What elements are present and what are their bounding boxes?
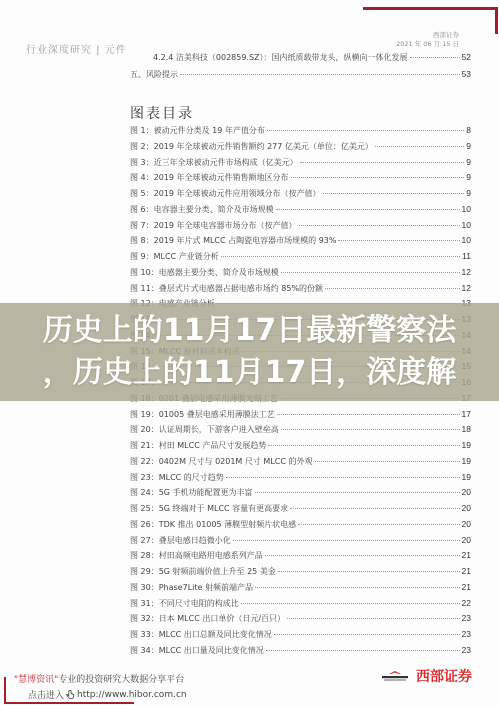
leader-dots xyxy=(268,445,459,446)
leader-dots xyxy=(241,603,460,604)
leader-dots xyxy=(291,177,465,178)
toc-entry-label: 4.2.4 洁美科技（002859.SZ）：国内纸质载带龙头，纵横向一体化发展 xyxy=(153,52,408,63)
figure-entry-page: 23 xyxy=(462,613,471,623)
figure-entry-page: 12 xyxy=(462,283,471,293)
figure-entry-page: 9 xyxy=(466,172,471,182)
footer-slogan: "慧博资讯"专业的投资研究大数据分享平台 xyxy=(14,672,184,685)
western-logo-icon xyxy=(380,670,410,682)
figure-index-entry[interactable]: 图 6：电容器主要分类、简介及市场规模10 xyxy=(130,204,471,216)
footer-brand: "慧博资讯" xyxy=(14,675,58,685)
publisher-logo: 西部证券 xyxy=(380,666,472,686)
figure-entry-label: 图 5：2019 年全球被动元件应用领域分布（按产值） xyxy=(130,188,321,199)
header-accent-bar-vertical xyxy=(495,7,498,34)
figure-index-entry[interactable]: 图 19：01005 叠层电感采用薄膜法工艺17 xyxy=(130,409,471,421)
publisher-logo-text: 西部证券 xyxy=(416,666,472,686)
figure-entry-page: 19 xyxy=(462,440,471,450)
figure-entry-label: 图 28：村田高频电路用电感系列产品 xyxy=(130,550,263,561)
leader-dots xyxy=(278,571,460,572)
figure-entry-label: 图 24：5G 手机功能配置更为丰富 xyxy=(130,487,253,498)
footer-url[interactable]: http://www.hibor.com.cn xyxy=(77,690,187,700)
leader-dots xyxy=(221,256,460,257)
figure-index-entry[interactable]: 图 8：2019 年片式 MLCC 占陶瓷电容器市场规模的 93%10 xyxy=(130,235,471,247)
figure-index-entry[interactable]: 图 31：不同尺寸电阻的构成比22 xyxy=(130,598,471,610)
figure-index-entry[interactable]: 图 23：MLCC 的尺寸趋势19 xyxy=(130,472,471,484)
leader-dots xyxy=(325,288,459,289)
figure-index-entry[interactable]: 图 1：被动元件分类及 19 年产值分布8 xyxy=(130,125,471,137)
figure-index-entry[interactable]: 图 34：MLCC 出口量及同比变化情况23 xyxy=(130,645,471,657)
leader-dots xyxy=(281,429,460,430)
leader-dots xyxy=(338,240,459,241)
figure-entry-label: 图 30：Phase7Lite 射频前端产品 xyxy=(130,582,253,593)
footer-link[interactable]: 点击进入 http://www.hibor.com.cn xyxy=(28,688,187,701)
figure-index-entry[interactable]: 图 30：Phase7Lite 射频前端产品21 xyxy=(130,582,471,594)
banner-title-line-2: ，历史上的11月17日，深度解 xyxy=(0,353,499,393)
toc-entry-page: 52 xyxy=(462,52,471,62)
figure-entry-page: 20 xyxy=(462,519,471,529)
figure-index-entry[interactable]: 图 7：2019 年全球电容器市场分布（按产值）10 xyxy=(130,220,471,232)
leader-dots xyxy=(290,508,459,509)
figure-entry-label: 图 25：5G 终端对于 MLCC 容量有更高要求 xyxy=(130,503,288,514)
figure-index-entry[interactable]: 图 28：村田高频电路用电感系列产品21 xyxy=(130,550,471,562)
leader-dots xyxy=(410,57,460,58)
leader-dots xyxy=(233,540,460,541)
leader-dots xyxy=(265,555,460,556)
figure-entry-page: 23 xyxy=(462,645,471,655)
figure-index-entry[interactable]: 图 25：5G 终端对于 MLCC 容量有更高要求20 xyxy=(130,503,471,515)
figure-entry-page: 23 xyxy=(462,629,471,639)
figure-entry-page: 19 xyxy=(462,472,471,482)
figure-entry-label: 图 22：0402M 尺寸与 0201M 尺寸 MLCC 的外观 xyxy=(130,456,313,467)
leader-dots xyxy=(266,650,460,651)
figure-entry-label: 图 3：近三年全球被动元件市场构成（亿美元） xyxy=(130,157,298,168)
leader-dots xyxy=(277,414,460,415)
figure-entry-label: 图 21：村田 MLCC 产品尺寸发展趋势 xyxy=(130,440,266,451)
figure-entry-page: 22 xyxy=(462,598,471,608)
leader-dots xyxy=(180,74,460,75)
leader-dots xyxy=(267,130,464,131)
figure-entry-page: 9 xyxy=(466,188,471,198)
footer-slogan-text: 专业的投资研究大数据分享平台 xyxy=(58,675,184,685)
figure-index-entry[interactable]: 图 24：5G 手机功能配置更为丰富20 xyxy=(130,487,471,499)
figure-entry-label: 图 9：MLCC 产业链分析 xyxy=(130,251,219,262)
figure-entry-label: 图 2：2019 年全球被动元件销售额约 277 亿美元（单位：亿美元） xyxy=(130,141,373,152)
figure-entry-page: 20 xyxy=(462,503,471,513)
figure-index-entry[interactable]: 图 22：0402M 尺寸与 0201M 尺寸 MLCC 的外观19 xyxy=(130,456,471,468)
figure-entry-page: 8 xyxy=(466,125,471,135)
figure-entry-page: 19 xyxy=(462,456,471,466)
figure-entry-label: 图 29：5G 射频前端价值上升至 25 美金 xyxy=(130,566,276,577)
figure-index-entry[interactable]: 图 2：2019 年全球被动元件销售额约 277 亿美元（单位：亿美元）9 xyxy=(130,141,471,153)
figure-entry-label: 图 1：被动元件分类及 19 年产值分布 xyxy=(130,125,265,136)
figure-entry-page: 20 xyxy=(462,535,471,545)
figure-index-entry[interactable]: 图 32：日本 MLCC 出口单价（日元/百只）23 xyxy=(130,613,471,625)
figure-entry-page: 11 xyxy=(462,251,471,261)
footer-accent-border-bottom xyxy=(4,702,134,704)
leader-dots xyxy=(298,524,459,525)
figure-index-title: 图表目录 xyxy=(130,103,194,123)
figure-index-entry[interactable]: 图 10：电感器主要分类、简介及市场规模12 xyxy=(130,267,471,279)
header-meta: 西部证券 2021 年 06 月 15 日 xyxy=(396,31,459,49)
leader-dots xyxy=(274,634,460,635)
leader-dots xyxy=(226,477,460,478)
figure-entry-label: 图 4：2019 年全球被动元件销售额地区分布 xyxy=(130,172,289,183)
leader-dots xyxy=(375,146,464,147)
figure-entry-label: 图 10：电感器主要分类、简介及市场规模 xyxy=(130,267,279,278)
leader-dots xyxy=(276,209,460,210)
figure-entry-page: 21 xyxy=(462,550,471,560)
leader-dots xyxy=(255,587,460,588)
figure-index-entry[interactable]: 图 3：近三年全球被动元件市场构成（亿美元）9 xyxy=(130,157,471,169)
figure-index-entry[interactable]: 图 9：MLCC 产业链分析11 xyxy=(130,251,471,263)
figure-entry-page: 17 xyxy=(462,409,471,419)
figure-entry-page: 12 xyxy=(462,267,471,277)
leader-dots xyxy=(315,461,460,462)
leader-dots xyxy=(255,492,460,493)
figure-entry-page: 10 xyxy=(462,220,471,230)
leader-dots xyxy=(287,618,459,619)
report-date: 2021 年 06 月 15 日 xyxy=(396,40,459,49)
figure-entry-label: 图 7：2019 年全球电容器市场分布（按产值） xyxy=(130,220,297,231)
report-category: 行业深度研究 | 元件 xyxy=(26,41,127,56)
figure-entry-label: 图 11：叠层式片式电感器占据电感市场约 85%的份额 xyxy=(130,283,323,294)
figure-entry-label: 图 20：认证周期长，下游客户进入壁垒高 xyxy=(130,424,279,435)
toc-entry-label: 五、风险提示 xyxy=(130,69,178,80)
figure-entry-label: 图 8：2019 年片式 MLCC 占陶瓷电容器市场规模的 93% xyxy=(130,235,336,246)
document-page: 行业深度研究 | 元件 西部证券 2021 年 06 月 15 日 4.2.4 … xyxy=(0,0,499,706)
leader-dots xyxy=(299,225,460,226)
hand-pointer-icon xyxy=(66,690,75,700)
figure-entry-page: 10 xyxy=(462,235,471,245)
publisher-name: 西部证券 xyxy=(396,31,459,40)
figure-entry-label: 图 23：MLCC 的尺寸趋势 xyxy=(130,472,224,483)
figure-entry-page: 21 xyxy=(462,566,471,576)
figure-entry-page: 9 xyxy=(466,141,471,151)
figure-index-entry[interactable]: 图 33：MLCC 出口总额及同比变化情况23 xyxy=(130,629,471,641)
toc-entry-page: 53 xyxy=(462,69,471,79)
leader-dots xyxy=(281,272,460,273)
figure-entry-label: 图 34：MLCC 出口量及同比变化情况 xyxy=(130,645,264,656)
footer-accent-border xyxy=(4,677,6,704)
figure-entry-label: 图 27：叠层电感日趋微小化 xyxy=(130,535,231,546)
figure-entry-label: 图 31：不同尺寸电阻的构成比 xyxy=(130,598,239,609)
figure-entry-page: 20 xyxy=(462,487,471,497)
figure-index-entry[interactable]: 图 4：2019 年全球被动元件销售额地区分布9 xyxy=(130,172,471,184)
figure-index-entry[interactable]: 图 11：叠层式片式电感器占据电感市场约 85%的份额12 xyxy=(130,283,471,295)
figure-index-entry[interactable]: 图 5：2019 年全球被动元件应用领域分布（按产值）9 xyxy=(130,188,471,200)
header-accent-bar xyxy=(363,7,498,10)
figure-entry-page: 9 xyxy=(466,157,471,167)
figure-index-entry[interactable]: 图 27：叠层电感日趋微小化20 xyxy=(130,535,471,547)
figure-entry-page: 18 xyxy=(462,424,471,434)
figure-entry-page: 10 xyxy=(462,204,471,214)
figure-entry-page: 21 xyxy=(462,582,471,592)
figure-entry-label: 图 33：MLCC 出口总额及同比变化情况 xyxy=(130,629,272,640)
enter-label: 点击进入 xyxy=(28,688,64,701)
leader-dots xyxy=(300,162,465,163)
toc-entry[interactable]: 五、风险提示 53 xyxy=(130,69,471,81)
figure-entry-label: 图 19：01005 叠层电感采用薄膜法工艺 xyxy=(130,409,275,420)
banner-title-line-1: 历史上的11月17日最新警察法 xyxy=(0,311,499,351)
title-overlay-banner: 历史上的11月17日最新警察法 ，历史上的11月17日，深度解 xyxy=(0,303,499,401)
figure-index-entry[interactable]: 图 29：5G 射频前端价值上升至 25 美金21 xyxy=(130,566,471,578)
figure-index-entry[interactable]: 图 21：村田 MLCC 产品尺寸发展趋势19 xyxy=(130,440,471,452)
figure-index-entry[interactable]: 图 20：认证周期长，下游客户进入壁垒高18 xyxy=(130,424,471,436)
figure-index-entry[interactable]: 图 26：TDK 推出 01005 薄膜型射频片状电感20 xyxy=(130,519,471,531)
toc-entry[interactable]: 4.2.4 洁美科技（002859.SZ）：国内纸质载带龙头，纵横向一体化发展 … xyxy=(153,52,471,64)
leader-dots xyxy=(323,193,465,194)
figure-entry-label: 图 6：电容器主要分类、简介及市场规模 xyxy=(130,204,274,215)
figure-entry-label: 图 26：TDK 推出 01005 薄膜型射频片状电感 xyxy=(130,519,296,530)
figure-entry-label: 图 32：日本 MLCC 出口单价（日元/百只） xyxy=(130,613,285,624)
